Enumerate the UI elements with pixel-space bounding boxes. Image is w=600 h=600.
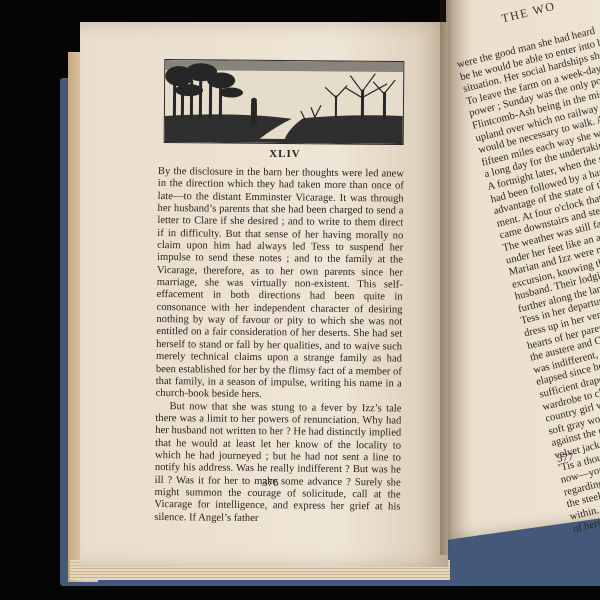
paragraph: But now that she was stung to a fever by… — [154, 401, 401, 527]
page-number-right: 377 — [556, 451, 574, 465]
paragraph: By the disclosure in the barn her though… — [156, 166, 404, 403]
chapter-number: XLIV — [240, 148, 330, 160]
page-number-left: 376 — [262, 477, 279, 489]
chapter-illustration — [164, 59, 405, 145]
landscape-engraving-icon — [165, 60, 404, 144]
book-gutter — [440, 0, 452, 555]
left-page-body: By the disclosure in the barn her though… — [154, 166, 404, 527]
